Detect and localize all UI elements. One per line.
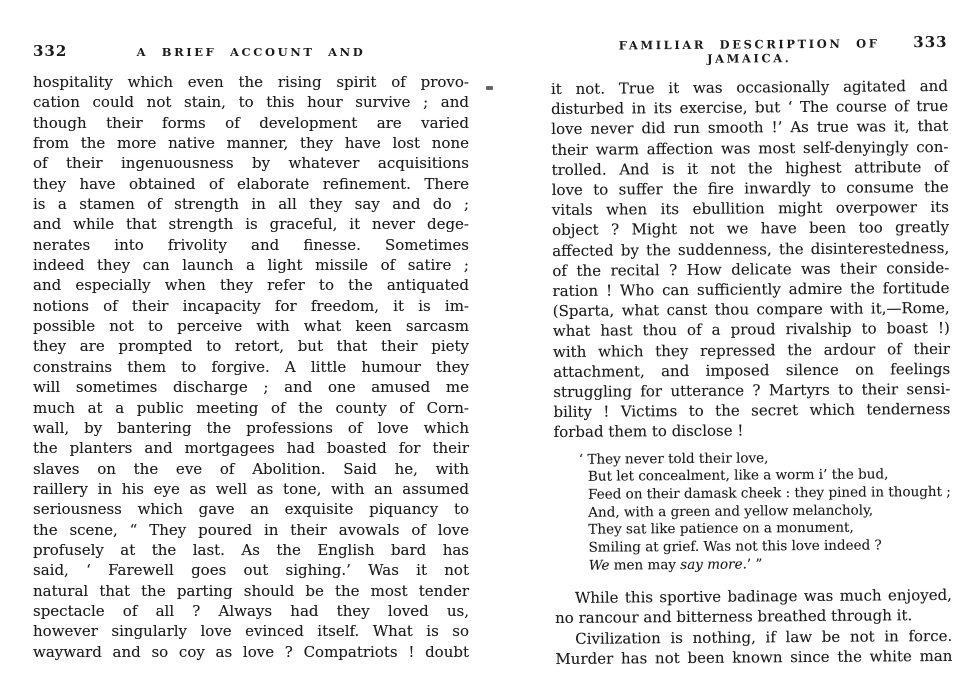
text-line: they have obtained of elaborate refineme… (33, 174, 469, 194)
paragraph3-line: Murder has not been known since the whit… (555, 646, 952, 670)
paragraph1-last-line: forbad them to disclose ! (554, 419, 951, 442)
poem-italic-we: We (589, 557, 610, 573)
right-page-header: FAMILIAR DESCRIPTION OF JAMAICA. 333 (551, 33, 948, 67)
text-line: hospitality which even the rising spirit… (33, 72, 469, 92)
right-page-paragraph2: While this sportive badinage was much en… (555, 584, 953, 669)
text-line: though their forms of development are va… (33, 113, 469, 133)
left-page-header: 332 A BRIEF ACCOUNT AND (33, 42, 469, 60)
text-line: their warm affection was most self-denyi… (551, 136, 948, 159)
book-scan-document: { "document": { "left_page": { "page_num… (0, 0, 980, 684)
text-line: bility ! Victims to the secret which ten… (553, 399, 950, 422)
text-line: notions of their incapacity for freedom,… (33, 296, 469, 316)
left-running-header: A BRIEF ACCOUNT AND (91, 45, 411, 59)
text-line: seriousness which gave an exquisite piqu… (33, 499, 469, 519)
scan-artifact-speck (486, 86, 493, 90)
text-line: what hast thou of a proud rivalship to b… (553, 318, 950, 341)
right-page-paragraph1: it not. True it was occasionally agitate… (551, 76, 951, 423)
text-line: they are prompted to retort, but that th… (33, 336, 469, 356)
poem-lines: ‘ They never told their love,But let con… (588, 449, 952, 558)
poem-last-line: We men may say more.’ ” (589, 555, 952, 576)
left-page: 332 A BRIEF ACCOUNT AND hospitality whic… (33, 42, 469, 662)
text-line: profusely at the last. As the English ba… (33, 540, 469, 560)
text-line: and while that strength is graceful, it … (33, 214, 469, 234)
poem-italic-say-more: say more. (680, 556, 747, 573)
text-line: cation could not stain, to this hour sur… (33, 92, 469, 112)
poem-closing-quotes: ’ ” (747, 556, 763, 572)
left-page-body: hospitality which even the rising spirit… (33, 72, 469, 662)
text-line: natural that the parting should be the m… (33, 581, 469, 601)
text-line: object ? Might not we have been too grea… (552, 217, 949, 240)
text-line: wayward and so coy as love ? Compatriots… (33, 642, 469, 662)
left-page-number: 332 (33, 42, 91, 60)
right-page-number: 333 (890, 33, 948, 51)
text-line: the planters and mortgagees had boasted … (33, 438, 469, 458)
text-line: however singularly love evinced itself. … (33, 621, 469, 641)
text-line: much at a public meeting of the county o… (33, 398, 469, 418)
text-line: from the more native manner, they have l… (33, 133, 469, 153)
text-line: possible not to perceive with what keen … (33, 316, 469, 336)
text-line: slaves on the eve of Abolition. Said he,… (33, 459, 469, 479)
text-line: nerates into frivolity and finesse. Some… (33, 235, 469, 255)
text-line: wall, by bantering the professions of lo… (33, 418, 469, 438)
text-line: raillery in his eye as well as tone, wit… (33, 479, 469, 499)
paragraph2-last-line: no rancour and bitterness breathed throu… (555, 605, 952, 629)
text-line: affected by the suddenness, the disinter… (552, 238, 949, 261)
text-line: is a stamen of strength in all they say … (33, 194, 469, 214)
text-line: the scene, “ They poured in their avowal… (33, 520, 469, 540)
poem-quotation: ‘ They never told their love,But let con… (554, 449, 952, 576)
poem-plain-mid: men may (609, 557, 680, 574)
right-page: FAMILIAR DESCRIPTION OF JAMAICA. 333 it … (551, 33, 953, 670)
text-line: said, ‘ Farewell goes out sighing.’ Was … (33, 560, 469, 580)
text-line: will sometimes discharge ; and one amuse… (33, 377, 469, 397)
text-line: of their ingenuousness by whatever acqui… (33, 153, 469, 173)
right-running-header: FAMILIAR DESCRIPTION OF JAMAICA. (609, 36, 890, 66)
text-line: constrains them to forgive. A little hum… (33, 357, 469, 377)
text-line: and especially when they refer to the an… (33, 275, 469, 295)
text-line: indeed they can launch a light missile o… (33, 255, 469, 275)
text-line: love never did run smooth !’ As true was… (551, 116, 948, 139)
text-line: Feed on their damask cheek : they pined … (588, 484, 951, 505)
text-line: spectacle of all ? Always had they loved… (33, 601, 469, 621)
